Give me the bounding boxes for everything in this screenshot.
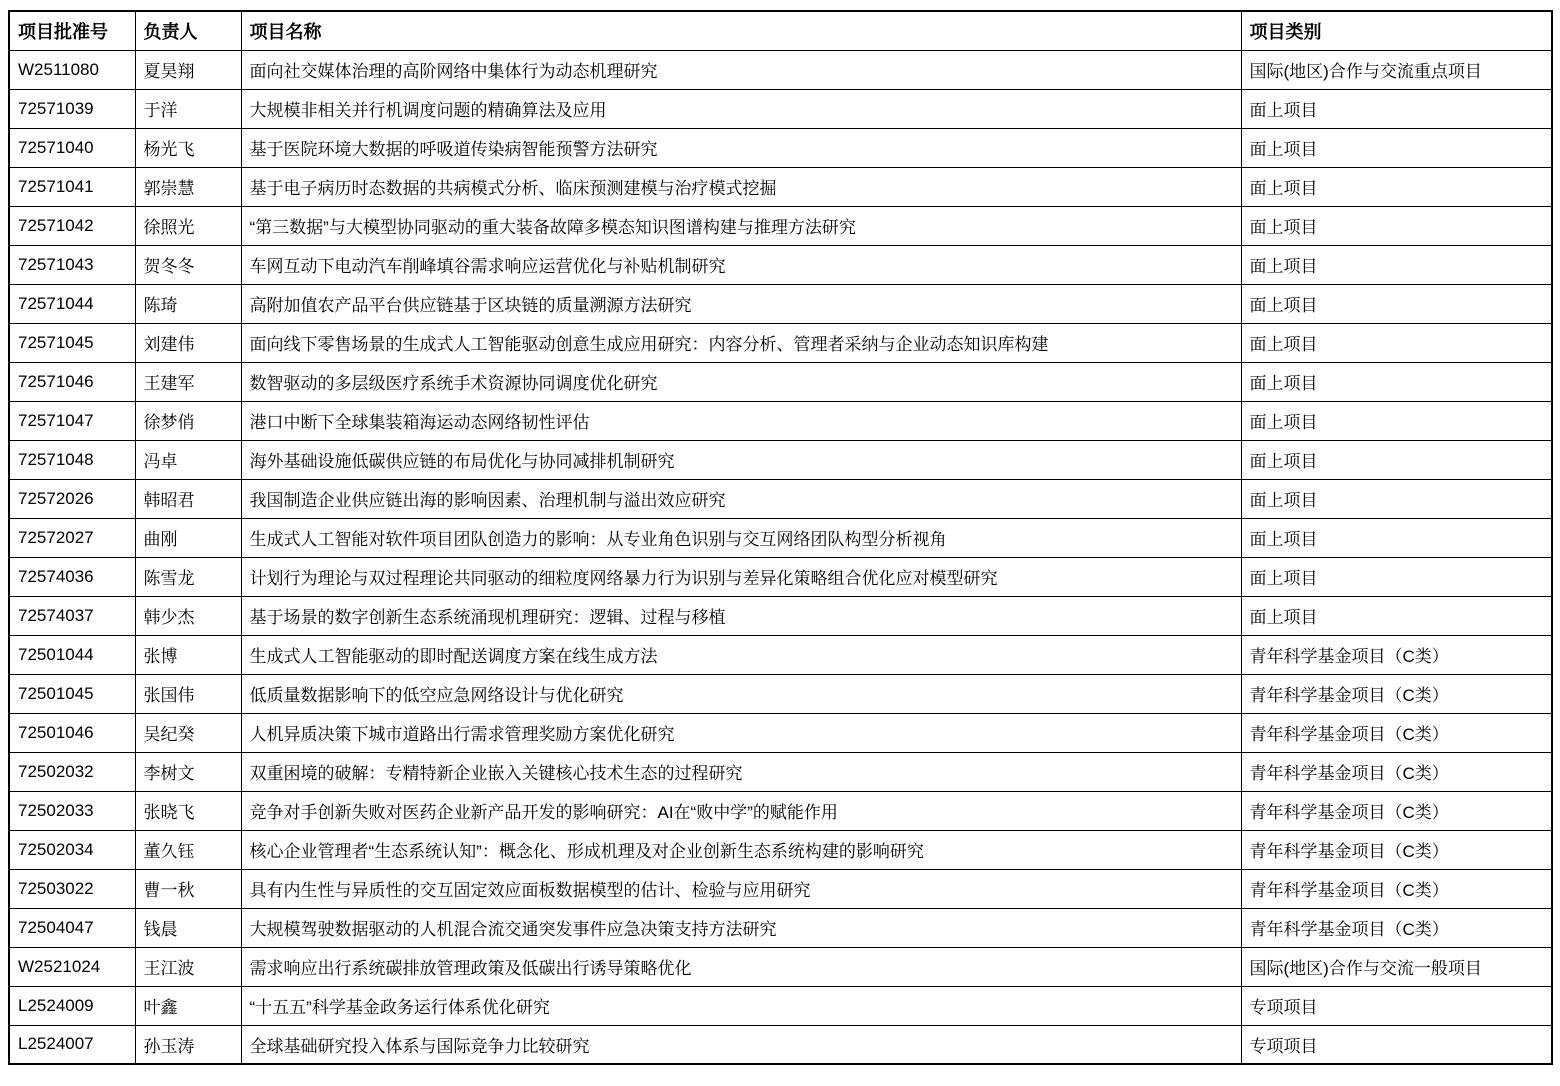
cell-pi-name: 贺冬冬 [135,245,241,284]
cell-approval-number: 72502032 [9,752,135,791]
table-row: 72501045张国伟低质量数据影响下的低空应急网络设计与优化研究青年科学基金项… [9,674,1552,713]
cell-project-category: 面上项目 [1241,128,1552,167]
cell-project-title: 低质量数据影响下的低空应急网络设计与优化研究 [241,674,1241,713]
cell-approval-number: 72571041 [9,167,135,206]
col-header-approval-number: 项目批准号 [9,11,135,50]
cell-pi-name: 夏昊翔 [135,50,241,89]
cell-project-category: 专项项目 [1241,1025,1552,1064]
cell-project-category: 面上项目 [1241,206,1552,245]
cell-pi-name: 韩少杰 [135,596,241,635]
cell-approval-number: 72501046 [9,713,135,752]
cell-pi-name: 董久钰 [135,830,241,869]
table-row: 72502032李树文双重困境的破解：专精特新企业嵌入关键核心技术生态的过程研究… [9,752,1552,791]
table-row: 72571041郭崇慧基于电子病历时态数据的共病模式分析、临床预测建模与治疗模式… [9,167,1552,206]
cell-project-title: 海外基础设施低碳供应链的布局优化与协同减排机制研究 [241,440,1241,479]
cell-approval-number: 72572026 [9,479,135,518]
cell-project-title: 港口中断下全球集装箱海运动态网络韧性评估 [241,401,1241,440]
cell-approval-number: 72504047 [9,908,135,947]
cell-pi-name: 张晓飞 [135,791,241,830]
col-header-project-title: 项目名称 [241,11,1241,50]
projects-table: 项目批准号 负责人 项目名称 项目类别 W2511080夏昊翔面向社交媒体治理的… [8,10,1553,1065]
cell-approval-number: 72571044 [9,284,135,323]
cell-project-title: 面向线下零售场景的生成式人工智能驱动创意生成应用研究：内容分析、管理者采纳与企业… [241,323,1241,362]
cell-pi-name: 叶鑫 [135,986,241,1025]
cell-project-title: 核心企业管理者“生态系统认知”：概念化、形成机理及对企业创新生态系统构建的影响研… [241,830,1241,869]
cell-approval-number: 72571048 [9,440,135,479]
cell-pi-name: 王建军 [135,362,241,401]
cell-approval-number: 72502034 [9,830,135,869]
cell-project-title: 车网互动下电动汽车削峰填谷需求响应运营优化与补贴机制研究 [241,245,1241,284]
cell-pi-name: 徐梦俏 [135,401,241,440]
cell-pi-name: 曲刚 [135,518,241,557]
cell-pi-name: 李树文 [135,752,241,791]
cell-approval-number: 72571043 [9,245,135,284]
table-row: 72571047徐梦俏港口中断下全球集装箱海运动态网络韧性评估面上项目 [9,401,1552,440]
cell-project-category: 面上项目 [1241,440,1552,479]
cell-project-category: 青年科学基金项目（C类） [1241,791,1552,830]
cell-project-title: 需求响应出行系统碳排放管理政策及低碳出行诱导策略优化 [241,947,1241,986]
cell-project-category: 面上项目 [1241,479,1552,518]
table-row: 72503022曹一秋具有内生性与异质性的交互固定效应面板数据模型的估计、检验与… [9,869,1552,908]
cell-pi-name: 于洋 [135,89,241,128]
cell-project-title: 基于电子病历时态数据的共病模式分析、临床预测建模与治疗模式挖掘 [241,167,1241,206]
table-row: 72571044陈琦高附加值农产品平台供应链基于区块链的质量溯源方法研究面上项目 [9,284,1552,323]
cell-approval-number: 72571046 [9,362,135,401]
table-row: 72571039于洋大规模非相关并行机调度问题的精确算法及应用面上项目 [9,89,1552,128]
cell-pi-name: 曹一秋 [135,869,241,908]
cell-project-category: 面上项目 [1241,596,1552,635]
cell-project-title: 双重困境的破解：专精特新企业嵌入关键核心技术生态的过程研究 [241,752,1241,791]
table-row: 72501046吴纪癸人机异质决策下城市道路出行需求管理奖励方案优化研究青年科学… [9,713,1552,752]
table-row: L2524009叶鑫“十五五”科学基金政务运行体系优化研究专项项目 [9,986,1552,1025]
cell-project-category: 专项项目 [1241,986,1552,1025]
cell-project-title: 具有内生性与异质性的交互固定效应面板数据模型的估计、检验与应用研究 [241,869,1241,908]
cell-pi-name: 郭崇慧 [135,167,241,206]
cell-project-category: 面上项目 [1241,167,1552,206]
col-header-pi-name: 负责人 [135,11,241,50]
table-row: 72502033张晓飞竞争对手创新失败对医药企业新产品开发的影响研究：AI在“败… [9,791,1552,830]
cell-approval-number: 72572027 [9,518,135,557]
cell-pi-name: 徐照光 [135,206,241,245]
cell-approval-number: 72574036 [9,557,135,596]
table-row: 72502034董久钰核心企业管理者“生态系统认知”：概念化、形成机理及对企业创… [9,830,1552,869]
cell-project-category: 国际(地区)合作与交流一般项目 [1241,947,1552,986]
cell-approval-number: L2524009 [9,986,135,1025]
cell-project-title: “十五五”科学基金政务运行体系优化研究 [241,986,1241,1025]
table-row: 72574037韩少杰基于场景的数字创新生态系统涌现机理研究：逻辑、过程与移植面… [9,596,1552,635]
cell-approval-number: 72571042 [9,206,135,245]
cell-pi-name: 韩昭君 [135,479,241,518]
table-row: 72572026韩昭君我国制造企业供应链出海的影响因素、治理机制与溢出效应研究面… [9,479,1552,518]
cell-approval-number: 72571039 [9,89,135,128]
cell-project-category: 面上项目 [1241,362,1552,401]
table-row: 72571048冯卓海外基础设施低碳供应链的布局优化与协同减排机制研究面上项目 [9,440,1552,479]
cell-project-category: 面上项目 [1241,557,1552,596]
table-row: 72571046王建军数智驱动的多层级医疗系统手术资源协同调度优化研究面上项目 [9,362,1552,401]
cell-pi-name: 张国伟 [135,674,241,713]
cell-project-title: 竞争对手创新失败对医药企业新产品开发的影响研究：AI在“败中学”的赋能作用 [241,791,1241,830]
cell-project-title: 面向社交媒体治理的高阶网络中集体行为动态机理研究 [241,50,1241,89]
cell-project-category: 面上项目 [1241,284,1552,323]
cell-pi-name: 陈琦 [135,284,241,323]
table-row: W2511080夏昊翔面向社交媒体治理的高阶网络中集体行为动态机理研究国际(地区… [9,50,1552,89]
cell-project-category: 青年科学基金项目（C类） [1241,752,1552,791]
table-row: 72571045刘建伟面向线下零售场景的生成式人工智能驱动创意生成应用研究：内容… [9,323,1552,362]
header-row: 项目批准号 负责人 项目名称 项目类别 [9,11,1552,50]
table-row: 72572027曲刚生成式人工智能对软件项目团队创造力的影响：从专业角色识别与交… [9,518,1552,557]
cell-project-title: 全球基础研究投入体系与国际竞争力比较研究 [241,1025,1241,1064]
table-row: W2521024王江波需求响应出行系统碳排放管理政策及低碳出行诱导策略优化国际(… [9,947,1552,986]
cell-approval-number: 72571040 [9,128,135,167]
cell-project-category: 青年科学基金项目（C类） [1241,713,1552,752]
cell-pi-name: 刘建伟 [135,323,241,362]
cell-approval-number: 72501045 [9,674,135,713]
cell-project-title: 大规模驾驶数据驱动的人机混合流交通突发事件应急决策支持方法研究 [241,908,1241,947]
cell-pi-name: 冯卓 [135,440,241,479]
cell-project-category: 青年科学基金项目（C类） [1241,635,1552,674]
cell-pi-name: 孙玉涛 [135,1025,241,1064]
cell-pi-name: 钱晨 [135,908,241,947]
cell-project-title: 高附加值农产品平台供应链基于区块链的质量溯源方法研究 [241,284,1241,323]
cell-pi-name: 杨光飞 [135,128,241,167]
col-header-project-category: 项目类别 [1241,11,1552,50]
cell-approval-number: 72571047 [9,401,135,440]
cell-project-title: 基于医院环境大数据的呼吸道传染病智能预警方法研究 [241,128,1241,167]
cell-project-title: 我国制造企业供应链出海的影响因素、治理机制与溢出效应研究 [241,479,1241,518]
cell-approval-number: 72502033 [9,791,135,830]
cell-project-category: 面上项目 [1241,245,1552,284]
table-row: 72571043贺冬冬车网互动下电动汽车削峰填谷需求响应运营优化与补贴机制研究面… [9,245,1552,284]
cell-project-title: 基于场景的数字创新生态系统涌现机理研究：逻辑、过程与移植 [241,596,1241,635]
cell-project-category: 面上项目 [1241,518,1552,557]
cell-approval-number: W2521024 [9,947,135,986]
cell-project-category: 面上项目 [1241,401,1552,440]
cell-project-title: 大规模非相关并行机调度问题的精确算法及应用 [241,89,1241,128]
cell-pi-name: 张博 [135,635,241,674]
table-row: 72574036陈雪龙计划行为理论与双过程理论共同驱动的细粒度网络暴力行为识别与… [9,557,1552,596]
table-body: W2511080夏昊翔面向社交媒体治理的高阶网络中集体行为动态机理研究国际(地区… [9,50,1552,1064]
cell-pi-name: 陈雪龙 [135,557,241,596]
cell-approval-number: 72574037 [9,596,135,635]
cell-project-category: 青年科学基金项目（C类） [1241,674,1552,713]
cell-project-title: 计划行为理论与双过程理论共同驱动的细粒度网络暴力行为识别与差异化策略组合优化应对… [241,557,1241,596]
cell-approval-number: 72571045 [9,323,135,362]
cell-approval-number: 72503022 [9,869,135,908]
cell-approval-number: W2511080 [9,50,135,89]
table-row: 72571042徐照光“第三数据”与大模型协同驱动的重大装备故障多模态知识图谱构… [9,206,1552,245]
cell-project-title: “第三数据”与大模型协同驱动的重大装备故障多模态知识图谱构建与推理方法研究 [241,206,1241,245]
table-row: 72501044张博生成式人工智能驱动的即时配送调度方案在线生成方法青年科学基金… [9,635,1552,674]
cell-project-category: 面上项目 [1241,89,1552,128]
table-row: L2524007孙玉涛全球基础研究投入体系与国际竞争力比较研究专项项目 [9,1025,1552,1064]
cell-project-title: 数智驱动的多层级医疗系统手术资源协同调度优化研究 [241,362,1241,401]
cell-project-title: 生成式人工智能驱动的即时配送调度方案在线生成方法 [241,635,1241,674]
table-row: 72504047钱晨大规模驾驶数据驱动的人机混合流交通突发事件应急决策支持方法研… [9,908,1552,947]
cell-pi-name: 王江波 [135,947,241,986]
cell-project-category: 青年科学基金项目（C类） [1241,908,1552,947]
cell-project-title: 人机异质决策下城市道路出行需求管理奖励方案优化研究 [241,713,1241,752]
cell-project-category: 青年科学基金项目（C类） [1241,830,1552,869]
table-row: 72571040杨光飞基于医院环境大数据的呼吸道传染病智能预警方法研究面上项目 [9,128,1552,167]
cell-approval-number: L2524007 [9,1025,135,1064]
projects-table-container: 项目批准号 负责人 项目名称 项目类别 W2511080夏昊翔面向社交媒体治理的… [8,10,1553,1065]
cell-project-category: 国际(地区)合作与交流重点项目 [1241,50,1552,89]
cell-approval-number: 72501044 [9,635,135,674]
cell-project-title: 生成式人工智能对软件项目团队创造力的影响：从专业角色识别与交互网络团队构型分析视… [241,518,1241,557]
cell-project-category: 青年科学基金项目（C类） [1241,869,1552,908]
cell-pi-name: 吴纪癸 [135,713,241,752]
cell-project-category: 面上项目 [1241,323,1552,362]
